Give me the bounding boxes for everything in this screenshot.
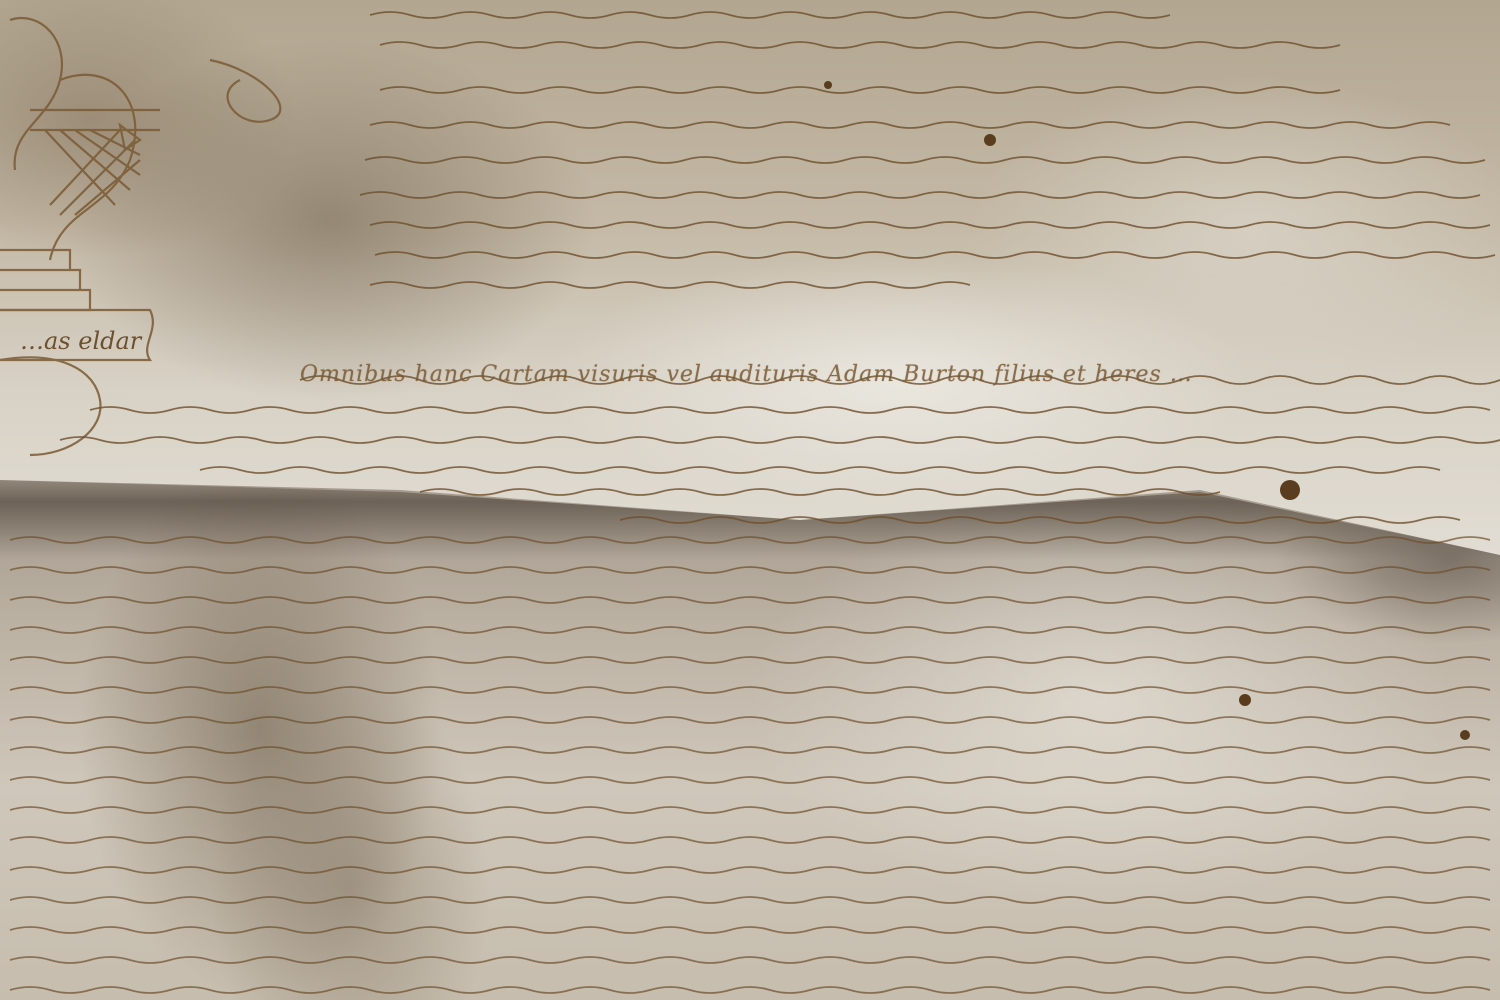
- opening-line: Omnibus hanc Cartam visuris vel audituri…: [300, 362, 1193, 387]
- initial-caption: …as eldar: [20, 327, 141, 355]
- decorated-initial-icon: [0, 0, 1500, 1000]
- ink-blots: [824, 81, 1470, 740]
- handwriting-strokes: [60, 12, 1500, 523]
